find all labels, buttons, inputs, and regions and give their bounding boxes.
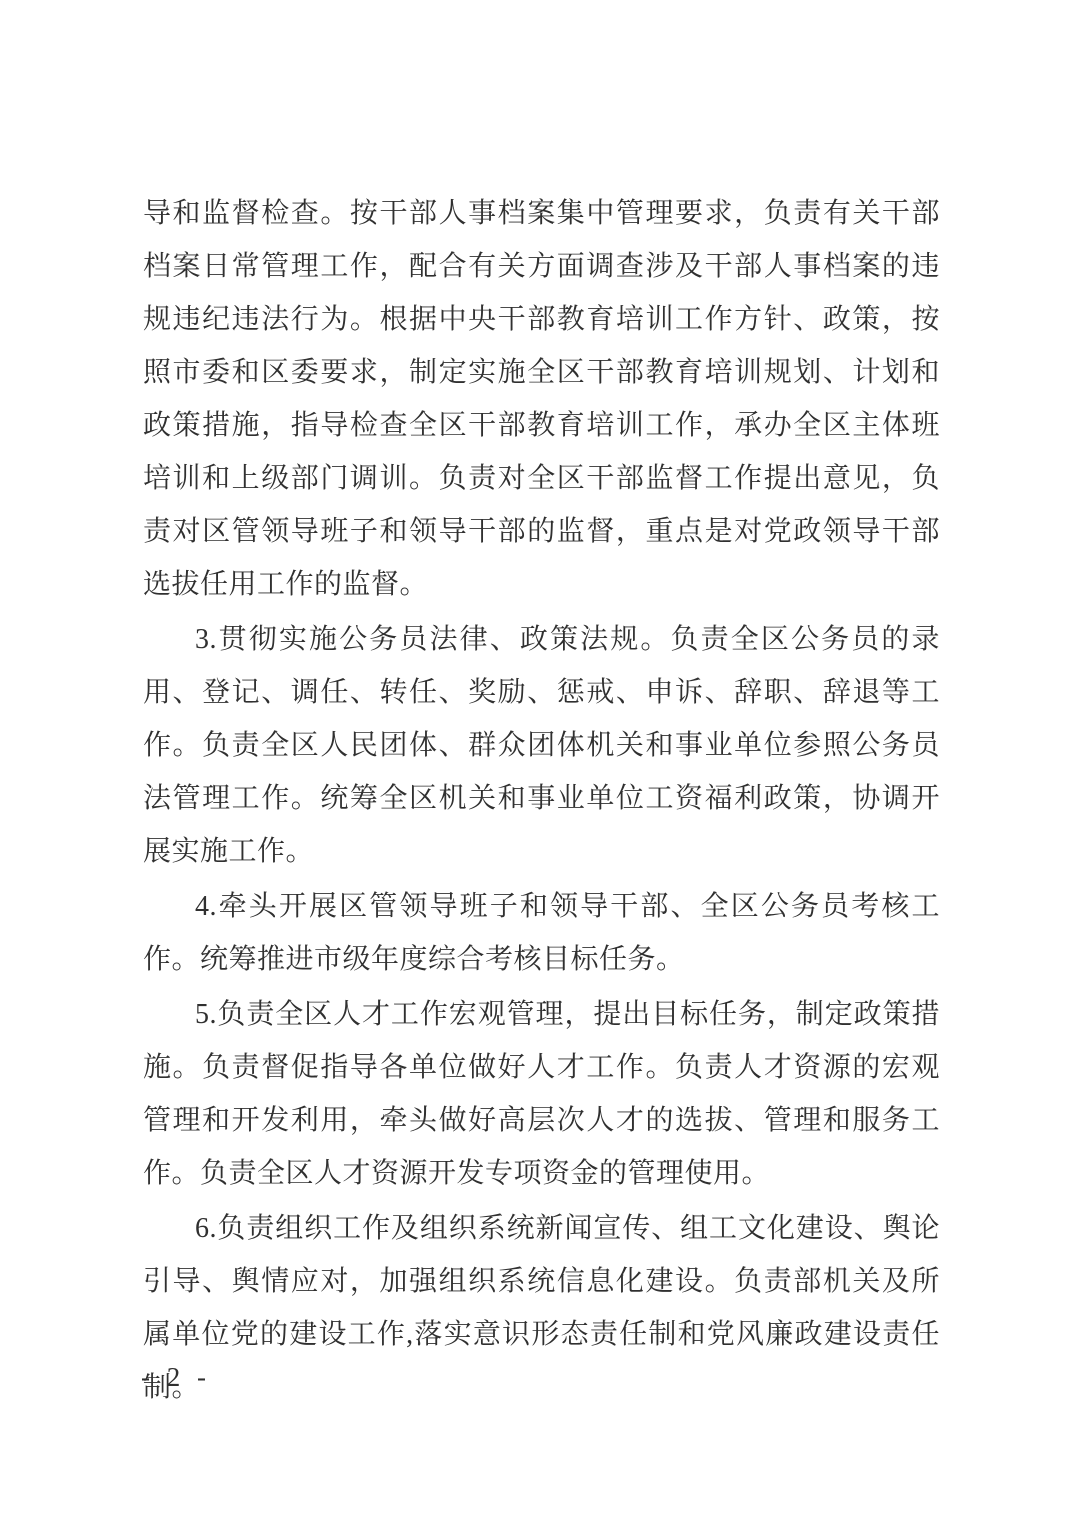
document-page: 导和监督检查。按干部人事档案集中管理要求，负责有关干部档案日常管理工作，配合有关… xyxy=(0,0,1074,1520)
page-number: - 2 - xyxy=(141,1362,211,1393)
paragraph: 3.贯彻实施公务员法律、政策法规。负责全区公务员的录用、登记、调任、转任、奖励、… xyxy=(143,613,940,878)
paragraph: 4.牵头开展区管领导班子和领导干部、全区公务员考核工作。统筹推进市级年度综合考核… xyxy=(143,880,940,986)
document-body: 导和监督检查。按干部人事档案集中管理要求，负责有关干部档案日常管理工作，配合有关… xyxy=(143,187,940,1414)
paragraph: 5.负责全区人才工作宏观管理，提出目标任务，制定政策措施。负责督促指导各单位做好… xyxy=(143,988,940,1200)
paragraph: 导和监督检查。按干部人事档案集中管理要求，负责有关干部档案日常管理工作，配合有关… xyxy=(143,187,940,611)
paragraph: 6.负责组织工作及组织系统新闻宣传、组工文化建设、舆论引导、舆情应对，加强组织系… xyxy=(143,1202,940,1414)
